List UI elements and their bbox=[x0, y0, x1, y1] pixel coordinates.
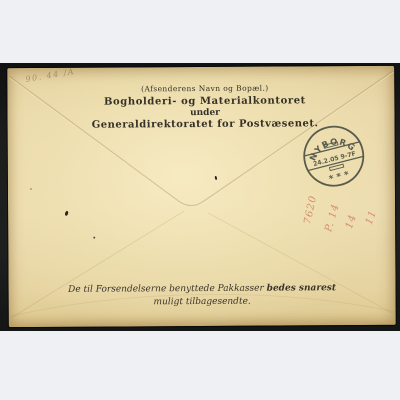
ink-spot bbox=[93, 237, 95, 239]
photo-backdrop: (Afsenderens Navn og Bopæl.) Bogholderi-… bbox=[0, 63, 400, 331]
return-request-line1-bold: bedes snarest bbox=[267, 283, 336, 293]
return-request-line2: muligt tilbagesendte. bbox=[9, 294, 396, 309]
sender-imprint-caption: (Afsenderens Navn og Bopæl.) bbox=[11, 83, 398, 94]
sender-imprint-office: Bogholderi- og Materialkontoret bbox=[11, 95, 398, 108]
return-request-imprint: De til Forsendelserne benyttede Pakkasse… bbox=[9, 282, 396, 310]
envelope-back: (Afsenderens Navn og Bopæl.) Bogholderi-… bbox=[7, 66, 396, 327]
ink-spot bbox=[30, 188, 32, 190]
return-request-line1-regular: De til Forsendelserne benyttede Pakkasse… bbox=[68, 284, 267, 295]
